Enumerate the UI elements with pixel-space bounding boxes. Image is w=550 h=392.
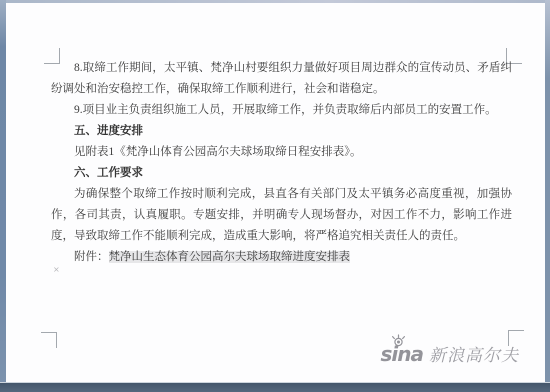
paragraph-item-9: 9.项目业主负责组织施工人员，开展取缔工作，并负责取缔后内部员工的安置工作。 [51, 100, 512, 121]
attachment-label: 附件： [74, 251, 109, 263]
frame-edge-right [545, 0, 550, 392]
scan-artifact-mark: × [53, 265, 60, 274]
sina-eye-icon [391, 334, 406, 347]
section-heading-5: 五、进度安排 [51, 121, 512, 142]
margin-crop-mark-bottom-left [41, 332, 57, 348]
attachment-title: 梵净山生态体育公园高尔夫球场取缔进度安排表 [109, 251, 351, 263]
bottom-blue-bar [0, 382, 550, 392]
paragraph-work-requirements: 为确保整个取缔工作按时顺利完成，县直各有关部门及太平镇务必高度重视，加强协作，各… [51, 184, 512, 247]
paragraph-attachment: 附件：梵净山生态体育公园高尔夫球场取缔进度安排表 [51, 247, 512, 268]
scanned-document-page: 8.取缔工作期间，太平镇、梵净山村要组织力量做好项目周边群众的宣传动员、矛盾纠纷… [6, 3, 545, 382]
watermark-chinese-text: 新浪高尔夫 [429, 341, 519, 366]
paragraph-schedule-reference: 见附表1《梵净山体育公园高尔夫球场取缔日程安排表》。 [51, 142, 512, 163]
sina-golf-watermark: sina 新浪高尔夫 [381, 341, 520, 366]
document-body: 8.取缔工作期间，太平镇、梵净山村要组织力量做好项目周边群众的宣传动员、矛盾纠纷… [51, 58, 512, 268]
sina-logo: sina [381, 342, 424, 366]
paragraph-item-8: 8.取缔工作期间，太平镇、梵净山村要组织力量做好项目周边群众的宣传动员、矛盾纠纷… [51, 58, 512, 100]
section-heading-6: 六、工作要求 [51, 163, 512, 184]
